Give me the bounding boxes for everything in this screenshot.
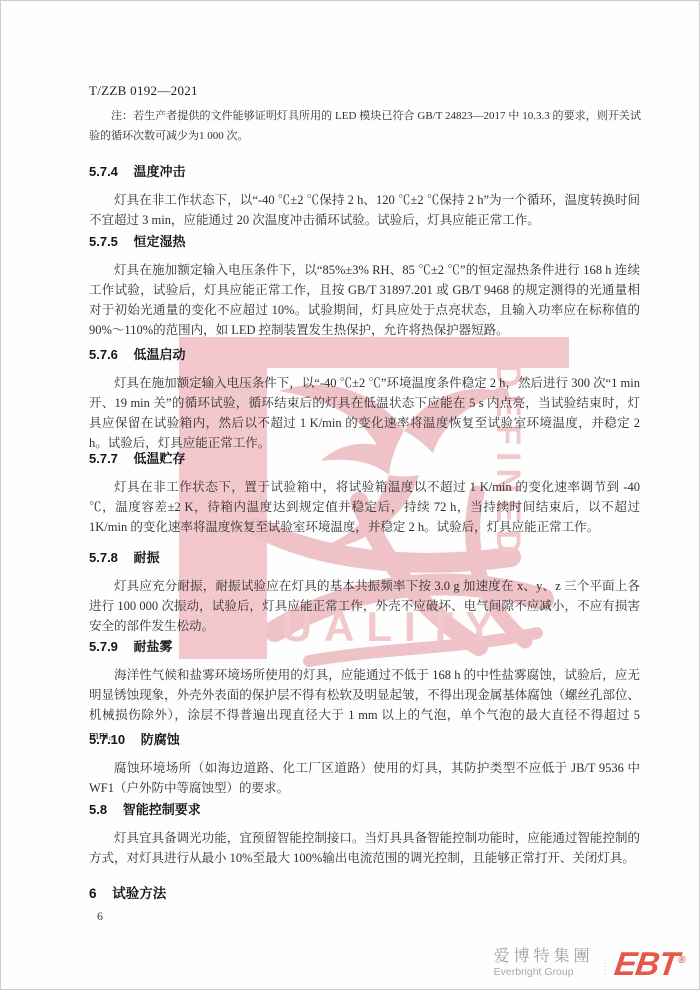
chapter-title: 试验方法 — [112, 886, 166, 901]
section-heading: 5.7.5 恒定湿热 — [89, 233, 640, 250]
doc-number: T/ZZB 0192—2021 — [89, 83, 198, 99]
section-heading: 5.7.7 低温贮存 — [89, 450, 640, 467]
company-names: 爱博特集團 Everbright Group — [494, 948, 594, 978]
section-5-7-9: 5.7.9 耐盐雾 海洋性气候和盐雾环境场所使用的灯具，应能通过不低于 168 … — [89, 638, 640, 745]
section-5-7-7: 5.7.7 低温贮存 灯具在非工作状态下，置于试验箱中，将试验箱温度以不超过 1… — [89, 450, 640, 537]
section-title: 温度冲击 — [134, 164, 186, 179]
section-5-7-5: 5.7.5 恒定湿热 灯具在施加额定输入电压条件下，以“85%±3% RH、85… — [89, 233, 640, 340]
section-heading: 5.8 智能控制要求 — [89, 801, 640, 818]
section-heading: 5.7.9 耐盐雾 — [89, 638, 640, 655]
section-number: 5.7.6 — [89, 347, 118, 362]
section-heading: 5.7.8 耐振 — [89, 549, 640, 566]
company-name-cn: 爱博特集團 — [494, 948, 594, 966]
section-number: 5.7.7 — [89, 451, 118, 466]
section-title: 耐振 — [134, 550, 160, 565]
note-paragraph: 注：若生产者提供的文件能够证明灯具所用的 LED 模块已符合 GB/T 2482… — [89, 107, 641, 146]
ebt-logo-text: EBT — [612, 945, 680, 982]
section-heading: 5.7.6 低温启动 — [89, 346, 640, 363]
section-5-8: 5.8 智能控制要求 灯具宜具备调光功能，宜预留智能控制接口。当灯具具备智能控制… — [89, 801, 640, 868]
section-title: 恒定湿热 — [134, 234, 186, 249]
section-heading: 6 试验方法 — [89, 885, 640, 902]
seal-marks: ···· — [601, 962, 608, 978]
registered-mark-icon: ® — [677, 955, 686, 966]
section-body: 灯具在非工作状态下，置于试验箱中，将试验箱温度以不超过 1 K/min 的变化速… — [89, 477, 640, 537]
section-body: 灯具应充分耐振，耐振试验应在灯具的基本共振频率下按 3.0 g 加速度在 x、y… — [89, 576, 640, 636]
section-number: 5.7.4 — [89, 164, 118, 179]
section-body: 灯具宜具备调光功能，宜预留智能控制接口。当灯具具备智能控制功能时，应能通过智能控… — [89, 828, 640, 868]
section-body: 灯具在施加额定输入电压条件下，以“-40 ℃±2 ℃”环境温度条件稳定 2 h，… — [89, 373, 640, 453]
section-title: 低温贮存 — [134, 451, 186, 466]
page-number: 6 — [97, 909, 103, 924]
ebt-logo: EBT® — [612, 947, 687, 978]
section-number: 5.7.8 — [89, 550, 118, 565]
section-title: 低温启动 — [134, 347, 186, 362]
section-title: 防腐蚀 — [141, 732, 180, 747]
document-page: QUALITY DEFINED T/ZZB 0192—2021 注：若生产者提供… — [0, 0, 700, 990]
company-name-en: Everbright Group — [494, 966, 574, 978]
section-body: 腐蚀环境场所（如海边道路、化工厂区道路）使用的灯具，其防护类型不应低于 JB/T… — [89, 758, 640, 798]
section-number: 5.7.5 — [89, 234, 118, 249]
section-number: 5.7.9 — [89, 639, 118, 654]
section-5-7-6: 5.7.6 低温启动 灯具在施加额定输入电压条件下，以“-40 ℃±2 ℃”环境… — [89, 346, 640, 453]
chapter-6-heading: 6 试验方法 — [89, 885, 640, 902]
section-number: 5.7.10 — [89, 732, 125, 747]
section-body: 灯具在施加额定输入电压条件下，以“85%±3% RH、85 ℃±2 ℃”的恒定湿… — [89, 260, 640, 340]
company-logo: 爱博特集團 Everbright Group ···· EBT® — [494, 947, 685, 978]
section-body: 灯具在非工作状态下，以“-40 ℃±2 ℃保持 2 h、120 ℃±2 ℃保持 … — [89, 190, 640, 230]
section-title: 耐盐雾 — [134, 639, 173, 654]
section-heading: 5.7.10 防腐蚀 — [89, 731, 640, 748]
section-heading: 5.7.4 温度冲击 — [89, 163, 640, 180]
chapter-number: 6 — [89, 886, 97, 901]
section-number: 5.8 — [89, 802, 107, 817]
section-5-7-10: 5.7.10 防腐蚀 腐蚀环境场所（如海边道路、化工厂区道路）使用的灯具，其防护… — [89, 731, 640, 798]
section-5-7-4: 5.7.4 温度冲击 灯具在非工作状态下，以“-40 ℃±2 ℃保持 2 h、1… — [89, 163, 640, 230]
section-title: 智能控制要求 — [123, 802, 201, 817]
section-5-7-8: 5.7.8 耐振 灯具应充分耐振，耐振试验应在灯具的基本共振频率下按 3.0 g… — [89, 549, 640, 636]
